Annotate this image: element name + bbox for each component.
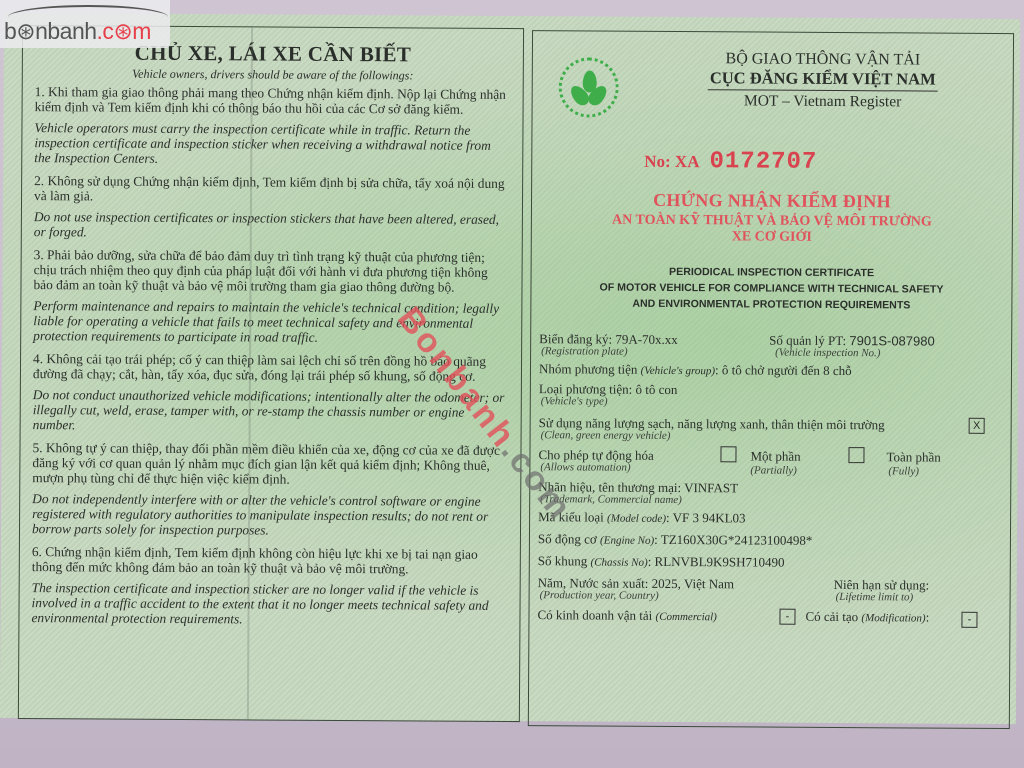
modification-label: Có cải tạo xyxy=(805,609,861,624)
modification-colon: : xyxy=(926,610,930,625)
type-value: ô tô con xyxy=(635,382,677,397)
field-chassis: Số khung (Chassis No): RLNVBL9K9SH710490 xyxy=(538,553,785,571)
issuer-header: BỘ GIAO THÔNG VẬN TẢI CỤC ĐĂNG KIỂM VIỆT… xyxy=(633,50,1013,112)
wm-main: nbanh xyxy=(35,18,96,44)
brand-value: VINFAST xyxy=(684,480,738,495)
wm-tail: m xyxy=(132,18,151,44)
site-watermark-text: b⊛nbanh.c⊛m xyxy=(4,18,151,45)
wm-suffix: .c xyxy=(97,18,114,44)
notice-item-3-vi: 3. Phải bảo dưỡng, sửa chữa để bảo đảm d… xyxy=(33,247,507,295)
plate-label-en: (Registration plate) xyxy=(541,345,628,358)
lifetime-label-en: (Lifetime limit to) xyxy=(836,591,914,603)
notice-item-2-en: Do not use inspection certificates or in… xyxy=(34,209,508,242)
certificate-title-en: PERIODICAL INSPECTION CERTIFICATE OF MOT… xyxy=(531,263,1011,314)
engine-label-en: (Engine No) xyxy=(600,535,654,547)
wheel-icon: ⊛ xyxy=(16,18,35,44)
automation-full-checkbox[interactable] xyxy=(848,447,864,463)
clean-energy-checkbox[interactable]: X xyxy=(969,418,985,434)
cert-title-line-1: CHỨNG NHẬN KIỂM ĐỊNH xyxy=(532,189,1012,213)
chassis-label: Số khung xyxy=(538,553,591,568)
agency-name: CỤC ĐĂNG KIỂM VIỆT NAM xyxy=(708,68,938,91)
agency-name-en: MOT – Vietnam Register xyxy=(633,92,1013,112)
wheel-icon: ⊛ xyxy=(113,18,132,44)
field-plate-row: Biển đăng ký: 79A-70x.xx (Registration p… xyxy=(539,331,1001,364)
notice-item-1-vi: 1. Khi tham gia giao thông phải mang the… xyxy=(35,84,509,117)
commercial-label-en: (Commercial) xyxy=(656,611,717,623)
commercial-label: Có kinh doanh vận tải xyxy=(537,607,655,623)
engine-label: Số động cơ xyxy=(538,531,600,546)
chassis-label-en: (Chassis No) xyxy=(591,556,648,568)
field-engine-row: Số động cơ (Engine No): TZ160X30G*241231… xyxy=(538,531,1000,556)
chassis-value: : RLNVBL9K9SH710490 xyxy=(648,554,785,570)
engine-value: : TZ160X30G*24123100498* xyxy=(654,532,812,548)
notice-item-2-vi: 2. Không sử dụng Chứng nhận kiểm định, T… xyxy=(34,173,508,206)
field-automation-row: Cho phép tự động hóa (Allows automation)… xyxy=(538,447,1000,482)
field-group: Nhóm phương tiện (Vehicle's group): ô tô… xyxy=(539,361,852,379)
notice-item-1-en: Vehicle operators must carry the inspect… xyxy=(34,120,508,168)
group-value: : ô tô chở người đến 8 chỗ xyxy=(715,362,852,378)
notice-subtitle: Vehicle owners, drivers should be aware … xyxy=(23,66,523,84)
field-engine: Số động cơ (Engine No): TZ160X30G*241231… xyxy=(538,531,813,549)
cert-title-en-line-2: OF MOTOR VEHICLE FOR COMPLIANCE WITH TEC… xyxy=(531,279,1011,298)
wm-b: b xyxy=(4,18,16,44)
serial-number: No: XA0172707 xyxy=(644,148,817,176)
certificate-page: BỘ GIAO THÔNG VẬN TẢI CỤC ĐĂNG KIỂM VIỆT… xyxy=(528,30,1014,729)
model-value: : VF 3 94KL03 xyxy=(666,510,746,525)
commercial-checkbox[interactable]: - xyxy=(779,609,795,625)
group-label-en: (Vehicle's group) xyxy=(641,365,715,377)
partial-label-en: (Partially) xyxy=(750,464,797,476)
notice-item-5-vi: 5. Không tự ý can thiệp, thay đổi phần m… xyxy=(32,440,506,488)
serial-label: No: XA xyxy=(644,152,699,171)
field-clean-energy-row: Sử dụng năng lượng sạch, năng lượng xanh… xyxy=(539,415,1001,450)
field-commercial-row: Có kinh doanh vận tải (Commercial) - Có … xyxy=(537,607,999,632)
full-label: Toàn phần xyxy=(886,449,940,465)
clean-energy-label-en: (Clean, green energy vehicle) xyxy=(541,429,671,442)
site-watermark: b⊛nbanh.c⊛m xyxy=(0,0,170,48)
serial-value: 0172707 xyxy=(709,148,817,176)
model-label-en: (Model code) xyxy=(607,513,666,525)
registry-logo-icon xyxy=(559,57,619,117)
cert-title-line-3: XE CƠ GIỚI xyxy=(532,228,1012,247)
inspection-certificate: CHỦ XE, LÁI XE CẦN BIẾT Vehicle owners, … xyxy=(0,13,1020,724)
notice-item-6-vi: 6. Chứng nhận kiểm định, Tem kiểm định k… xyxy=(32,544,506,577)
field-type-row: Loại phương tiện: ô tô con (Vehicle's ty… xyxy=(539,381,1001,418)
automation-partial-checkbox[interactable] xyxy=(720,446,736,462)
field-commercial: Có kinh doanh vận tải (Commercial) xyxy=(537,607,716,624)
notice-item-6-en: The inspection certificate and inspectio… xyxy=(31,580,505,628)
cert-title-en-line-3: AND ENVIRONMENTAL PROTECTION REQUIREMENT… xyxy=(531,295,1011,314)
year-label-en: (Production year, Country) xyxy=(540,589,659,602)
field-year-row: Năm, Nước sản xuất: 2025, Việt Nam (Prod… xyxy=(538,575,1000,610)
mgmt-label-en: (Vehicle inspection No.) xyxy=(775,347,880,360)
notice-item-4-en: Do not conduct unauthorized vehicle modi… xyxy=(33,387,507,435)
field-model-row: Mã kiểu loại (Model code): VF 3 94KL03 xyxy=(538,509,1000,534)
modification-checkbox[interactable]: - xyxy=(961,612,977,628)
full-label-en: (Fully) xyxy=(888,465,919,477)
field-group-row: Nhóm phương tiện (Vehicle's group): ô tô… xyxy=(539,361,1001,384)
certificate-title-vi: CHỨNG NHẬN KIỂM ĐỊNH AN TOÀN KỸ THUẬT VÀ… xyxy=(532,189,1012,247)
vehicle-fields: Biển đăng ký: 79A-70x.xx (Registration p… xyxy=(537,331,1001,632)
year-value: 2025, Việt Nam xyxy=(652,576,734,592)
field-chassis-row: Số khung (Chassis No): RLNVBL9K9SH710490 xyxy=(538,553,1000,578)
partial-label: Một phần xyxy=(750,448,800,464)
ministry-name: BỘ GIAO THÔNG VẬN TẢI xyxy=(633,50,1013,70)
group-label: Nhóm phương tiện xyxy=(539,361,641,377)
modification-label-en: (Modification) xyxy=(861,612,925,624)
type-label-en: (Vehicle's type) xyxy=(541,395,608,407)
field-modification: Có cải tạo (Modification): xyxy=(805,609,929,626)
field-brand-row: Nhãn hiệu, tên thương mại: VINFAST (Trad… xyxy=(538,479,1000,512)
notice-item-5-en: Do not independently interfere with or a… xyxy=(32,491,506,539)
